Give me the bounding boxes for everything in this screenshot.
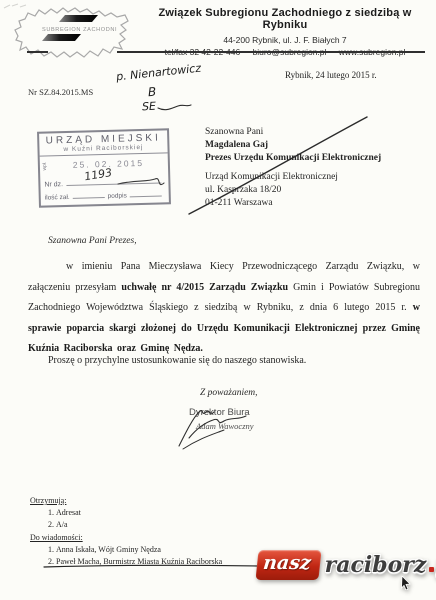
watermark-raciborz-text: raciborz xyxy=(325,552,427,578)
recipient-street: ul. Kasprzaka 18/20 xyxy=(205,184,381,197)
signature-stroke xyxy=(183,430,224,449)
letter-greeting: Szanowna Pani Prezes, xyxy=(48,236,137,246)
stamp-nr-line xyxy=(66,173,162,186)
handwritten-note-3: SE xyxy=(142,100,157,114)
recipient-title: Prezes Urzędu Komunikacji Elektronicznej xyxy=(205,152,381,165)
stamp-sign-label: podpis xyxy=(108,192,127,199)
header-rule xyxy=(117,51,425,53)
watermark-nasz-badge: nasz xyxy=(255,550,321,580)
stamp-qty-line xyxy=(72,187,104,199)
stamp-nr-label: Nr dz. xyxy=(44,181,63,188)
recipient-name: Magdalena Gaj xyxy=(205,139,381,152)
recipient-block: Szanowna Pani Magdalena Gaj Prezes Urzęd… xyxy=(205,126,381,210)
header-rule-left xyxy=(27,51,48,53)
handwritten-note-1: p. Nienartowicz xyxy=(116,62,202,84)
org-address: 44-200 Rybnik, ul. J. F. Białych 7 xyxy=(140,35,430,45)
stamp-side-label: wpł. xyxy=(43,161,52,170)
handwritten-note-2: B xyxy=(148,85,157,100)
naszraciborz-watermark: nasz raciborz pl xyxy=(257,550,436,580)
cursor-icon xyxy=(400,576,412,590)
scanned-letter-page: SUBREGION ZACHODNI Związek Subregionu Za… xyxy=(0,0,436,600)
recipient-city: 01-211 Warszawa xyxy=(205,197,381,210)
received-list: Adresat A/a xyxy=(30,507,276,530)
stamp-qty-label: ilość zał. xyxy=(45,194,70,202)
org-name: Związek Subregionu Zachodniego z siedzib… xyxy=(140,7,430,31)
letterhead: Związek Subregionu Zachodniego z siedzib… xyxy=(140,7,430,57)
body-paragraph-1: w imieniu Pana Mieczysława Kiecy Przewod… xyxy=(28,257,420,360)
received-heading: Otrzymują: xyxy=(30,496,66,505)
logo-text: SUBREGION ZACHODNI xyxy=(42,27,117,33)
watermark-dot xyxy=(429,567,434,572)
p1-bold-1: uchwałę nr 4/2015 Zarządu Związku xyxy=(121,282,288,293)
signer-role: Dyrektor Biura xyxy=(189,407,250,418)
office-intake-stamp: URZĄD MIEJSKI w Kuźni Raciborskiej wpł. … xyxy=(37,128,171,207)
stamp-sign-line xyxy=(130,186,162,198)
received-item: A/a xyxy=(56,519,276,531)
handwritten-scribble xyxy=(158,105,191,110)
body-paragraph-2: Proszę o przychylne ustosunkowanie się d… xyxy=(28,355,420,366)
cc-heading: Do wiadomości: xyxy=(30,533,83,542)
reference-number: Nr SZ.84.2015.MS xyxy=(28,87,93,97)
signer-name: Adam Wawoczny xyxy=(196,421,254,431)
received-item: Adresat xyxy=(56,507,276,519)
recipient-salutation: Szanowna Pani xyxy=(205,126,381,139)
recipient-org: Urząd Komunikacji Elektronicznej xyxy=(205,171,381,184)
closing-phrase: Z poważaniem, xyxy=(200,388,258,398)
place-date: Rybnik, 24 lutego 2015 r. xyxy=(285,70,377,80)
